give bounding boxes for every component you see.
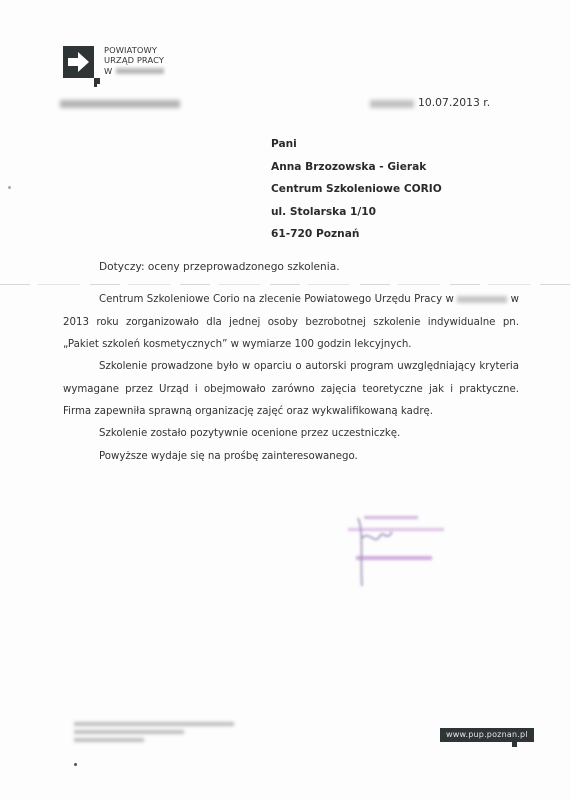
recipient-postal-city: 61-720 Poznań (271, 223, 442, 246)
arrow-right-icon (63, 46, 94, 78)
footer-corner-mark (512, 742, 517, 747)
redacted-city (116, 68, 164, 74)
logo-corner-mark-tail (94, 84, 97, 87)
recipient-salutation: Pani (271, 133, 442, 156)
body-paragraph-1: Centrum Szkoleniowe Corio na zlecenie Po… (63, 289, 519, 357)
body-paragraph-2: Szkolenie prowadzone było w oparciu o au… (63, 356, 519, 424)
city-redacted (370, 100, 414, 108)
recipient-organization: Centrum Szkoleniowe CORIO (271, 178, 442, 201)
scan-speck (8, 186, 11, 189)
scan-fold-line (0, 284, 571, 285)
body-paragraph-4: Powyższe wydaje się na prośbę zaintereso… (63, 446, 519, 469)
recipient-address: Pani Anna Brzozowska - Gierak Centrum Sz… (271, 133, 442, 246)
logo-mark (63, 46, 94, 78)
letter-date: 10.07.2013 r. (418, 96, 490, 109)
footer-address-redacted (74, 722, 234, 748)
footer-website: www.pup.poznan.pl (440, 728, 534, 742)
org-line-2: URZĄD PRACY (104, 55, 164, 65)
letter-subject: Dotyczy: oceny przeprowadzonego szkoleni… (99, 261, 340, 273)
stamp-signature (338, 510, 458, 590)
recipient-name: Anna Brzozowska - Gierak (271, 156, 442, 179)
recipient-street: ul. Stolarska 1/10 (271, 201, 442, 224)
org-line-1: POWIATOWY (104, 45, 164, 55)
body-paragraph-3: Szkolenie zostało pozytywnie ocenione pr… (63, 423, 519, 446)
reference-number-redacted (60, 100, 180, 108)
org-line-3: W (104, 66, 164, 76)
redacted-city-inline (457, 296, 507, 303)
org-name: POWIATOWY URZĄD PRACY W (104, 45, 164, 76)
scan-speck (74, 763, 77, 766)
